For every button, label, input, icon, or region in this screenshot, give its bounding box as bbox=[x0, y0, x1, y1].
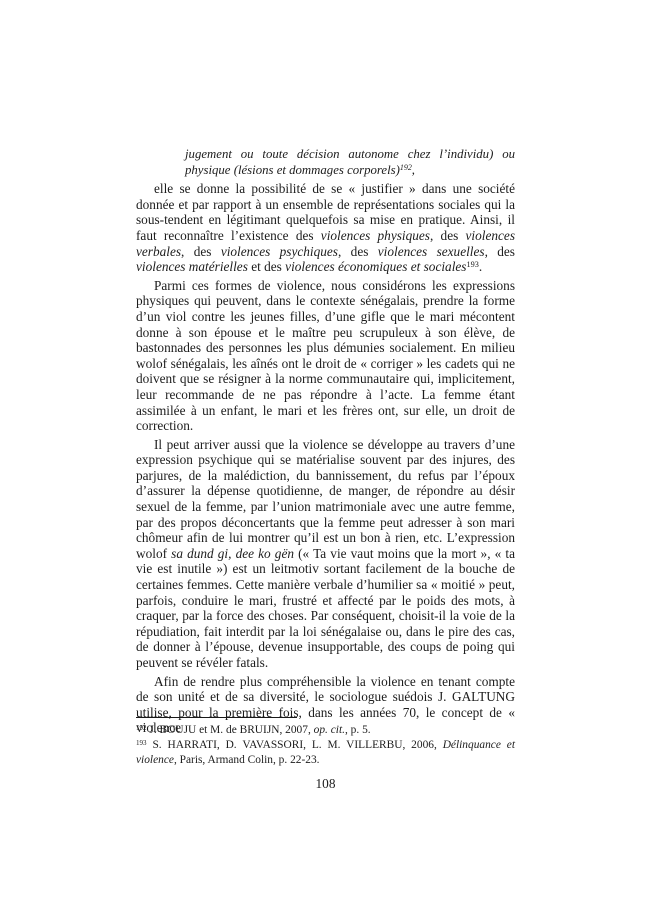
text-run: , des bbox=[430, 228, 466, 243]
paragraph-2: Parmi ces formes de violence, nous consi… bbox=[136, 278, 515, 434]
text-run: , des bbox=[485, 244, 515, 259]
text-run: , des bbox=[181, 244, 221, 259]
text-run: op. cit. bbox=[314, 724, 345, 736]
document-page: jugement ou toute décision autonome chez… bbox=[0, 0, 650, 920]
footnote-reference: 192 bbox=[400, 163, 412, 172]
page-number: 108 bbox=[136, 776, 515, 792]
text-run: S. HARRATI, D. VAVASSORI, L. M. VILLERBU… bbox=[147, 739, 443, 751]
block-quote: jugement ou toute décision autonome chez… bbox=[185, 147, 515, 178]
footnote-reference: 193 bbox=[136, 739, 147, 747]
text-run: violences sexuelles bbox=[378, 244, 485, 259]
footnote-area: 192 J. BOUJU et M. de BRUIJN, 2007, op. … bbox=[136, 717, 515, 768]
text-run: , Paris, Armand Colin, p. 22-23. bbox=[174, 754, 320, 766]
text-run: sa dund gi, dee ko gën bbox=[171, 546, 294, 561]
footnote-192: 192 J. BOUJU et M. de BRUIJN, 2007, op. … bbox=[136, 723, 515, 738]
text-run: violences économiques et sociales bbox=[285, 259, 466, 274]
text-run: violences matérielles bbox=[136, 259, 248, 274]
text-run: . bbox=[479, 259, 482, 274]
footnote-reference: 193 bbox=[466, 260, 478, 269]
text-run: , des bbox=[338, 244, 378, 259]
text-run: , bbox=[412, 163, 415, 177]
text-run: Il peut arriver aussi que la violence se… bbox=[136, 437, 515, 561]
text-run: violences psychiques bbox=[221, 244, 338, 259]
text-run: , p. 5. bbox=[345, 724, 371, 736]
text-run: et des bbox=[248, 259, 285, 274]
text-block: jugement ou toute décision autonome chez… bbox=[136, 147, 515, 736]
footnote-reference: 192 bbox=[136, 724, 147, 732]
footnote-193: 193 S. HARRATI, D. VAVASSORI, L. M. VILL… bbox=[136, 738, 515, 768]
text-run: jugement ou toute décision autonome chez… bbox=[185, 147, 515, 177]
footnote-separator bbox=[136, 717, 297, 718]
text-run: (« Ta vie vaut moins que la mort », « ta… bbox=[136, 546, 515, 670]
paragraph-1: elle se donne la possibilité de se « jus… bbox=[136, 181, 515, 275]
text-run: J. BOUJU et M. de BRUIJN, 2007, bbox=[147, 724, 314, 736]
paragraph-3: Il peut arriver aussi que la violence se… bbox=[136, 437, 515, 671]
text-run: Parmi ces formes de violence, nous consi… bbox=[136, 278, 515, 433]
text-run: violences physiques bbox=[321, 228, 430, 243]
